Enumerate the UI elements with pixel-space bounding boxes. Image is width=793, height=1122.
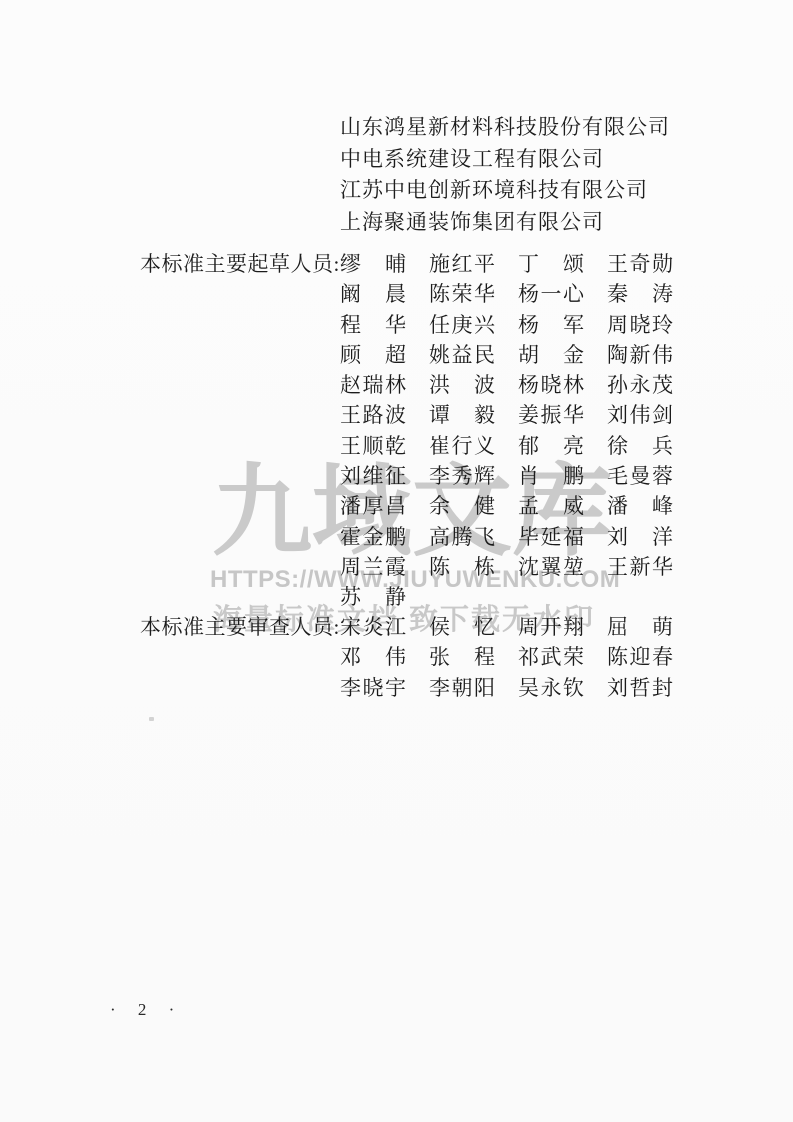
company-name: 上海聚通装饰集团有限公司: [340, 207, 670, 239]
person-name: 毕延福: [518, 522, 584, 552]
reviewers-name-grid: 宋炎江侯忆周开翔屈萌邓伟张程祁武荣陈迎春李晓宇李朝阳吴永钦刘哲封: [340, 612, 673, 703]
person-name: 潘峰: [607, 491, 673, 521]
person-name: 高腾飞: [429, 522, 495, 552]
person-name: 周晓玲: [607, 310, 673, 340]
document-page: 九域文库 HTTPS://WWW.JIUYUWENKU.COM 海量标准文档 致…: [0, 0, 793, 1122]
person-name: 苏静: [340, 582, 406, 612]
person-name: 刘洋: [607, 522, 673, 552]
person-name: 祁武荣: [518, 642, 584, 672]
person-name: 刘伟剑: [607, 400, 673, 430]
person-name: 吴永钦: [518, 673, 584, 703]
person-name: 郁亮: [518, 431, 584, 461]
person-name: 肖鹏: [518, 461, 584, 491]
company-list: 山东鸿星新材料科技股份有限公司 中电系统建设工程有限公司 江苏中电创新环境科技有…: [340, 112, 670, 238]
person-name: 陈栋: [429, 552, 495, 582]
person-name: 王路波: [340, 400, 406, 430]
person-name: 邓伟: [340, 642, 406, 672]
page-number: · 2 ·: [110, 1000, 183, 1020]
person-name: 施红平: [429, 249, 495, 279]
person-name: 霍金鹏: [340, 522, 406, 552]
person-name: 缪晡: [340, 249, 406, 279]
person-name: 杨军: [518, 310, 584, 340]
scan-artifact: [149, 717, 154, 721]
person-name: 姜振华: [518, 400, 584, 430]
person-name: 余健: [429, 491, 495, 521]
person-name: 王顺乾: [340, 431, 406, 461]
drafters-section-label: 本标准主要起草人员:: [140, 249, 340, 279]
person-name: 杨晓林: [518, 370, 584, 400]
company-name: 江苏中电创新环境科技有限公司: [340, 175, 670, 207]
reviewers-section-label: 本标准主要审查人员:: [140, 612, 340, 642]
person-name: 胡金: [518, 340, 584, 370]
person-name: 姚益民: [429, 340, 495, 370]
person-name: 程华: [340, 310, 406, 340]
person-name: 李晓宇: [340, 673, 406, 703]
person-name: 陶新伟: [607, 340, 673, 370]
page-content: 山东鸿星新材料科技股份有限公司 中电系统建设工程有限公司 江苏中电创新环境科技有…: [0, 0, 793, 1122]
person-name: 李朝阳: [429, 673, 495, 703]
person-name: 王奇勋: [607, 249, 673, 279]
person-name: 徐兵: [607, 431, 673, 461]
person-name: 陈荣华: [429, 279, 495, 309]
person-name: 张程: [429, 642, 495, 672]
person-name: 孙永茂: [607, 370, 673, 400]
person-name: 阚晨: [340, 279, 406, 309]
company-name: 中电系统建设工程有限公司: [340, 144, 670, 176]
person-name: 谭毅: [429, 400, 495, 430]
person-name: 潘厚昌: [340, 491, 406, 521]
person-name: 洪波: [429, 370, 495, 400]
person-name: 毛曼蓉: [607, 461, 673, 491]
person-name: 周开翔: [518, 612, 584, 642]
person-name: 丁颂: [518, 249, 584, 279]
person-name: 李秀辉: [429, 461, 495, 491]
person-name: 王新华: [607, 552, 673, 582]
person-name: 崔行义: [429, 431, 495, 461]
person-name: 侯忆: [429, 612, 495, 642]
person-name: 屈萌: [607, 612, 673, 642]
person-name: 顾超: [340, 340, 406, 370]
person-name: 周兰霞: [340, 552, 406, 582]
person-name: 陈迎春: [607, 642, 673, 672]
person-name: 宋炎江: [340, 612, 406, 642]
person-name: 刘维征: [340, 461, 406, 491]
person-name: 任庚兴: [429, 310, 495, 340]
person-name: 沈翼堃: [518, 552, 584, 582]
person-name: 孟威: [518, 491, 584, 521]
drafters-name-grid: 缪晡施红平丁颂王奇勋阚晨陈荣华杨一心秦涛程华任庚兴杨军周晓玲顾超姚益民胡金陶新伟…: [340, 249, 673, 613]
company-name: 山东鸿星新材料科技股份有限公司: [340, 112, 670, 144]
person-name: 刘哲封: [607, 673, 673, 703]
person-name: 秦涛: [607, 279, 673, 309]
person-name: 赵瑞林: [340, 370, 406, 400]
person-name: 杨一心: [518, 279, 584, 309]
